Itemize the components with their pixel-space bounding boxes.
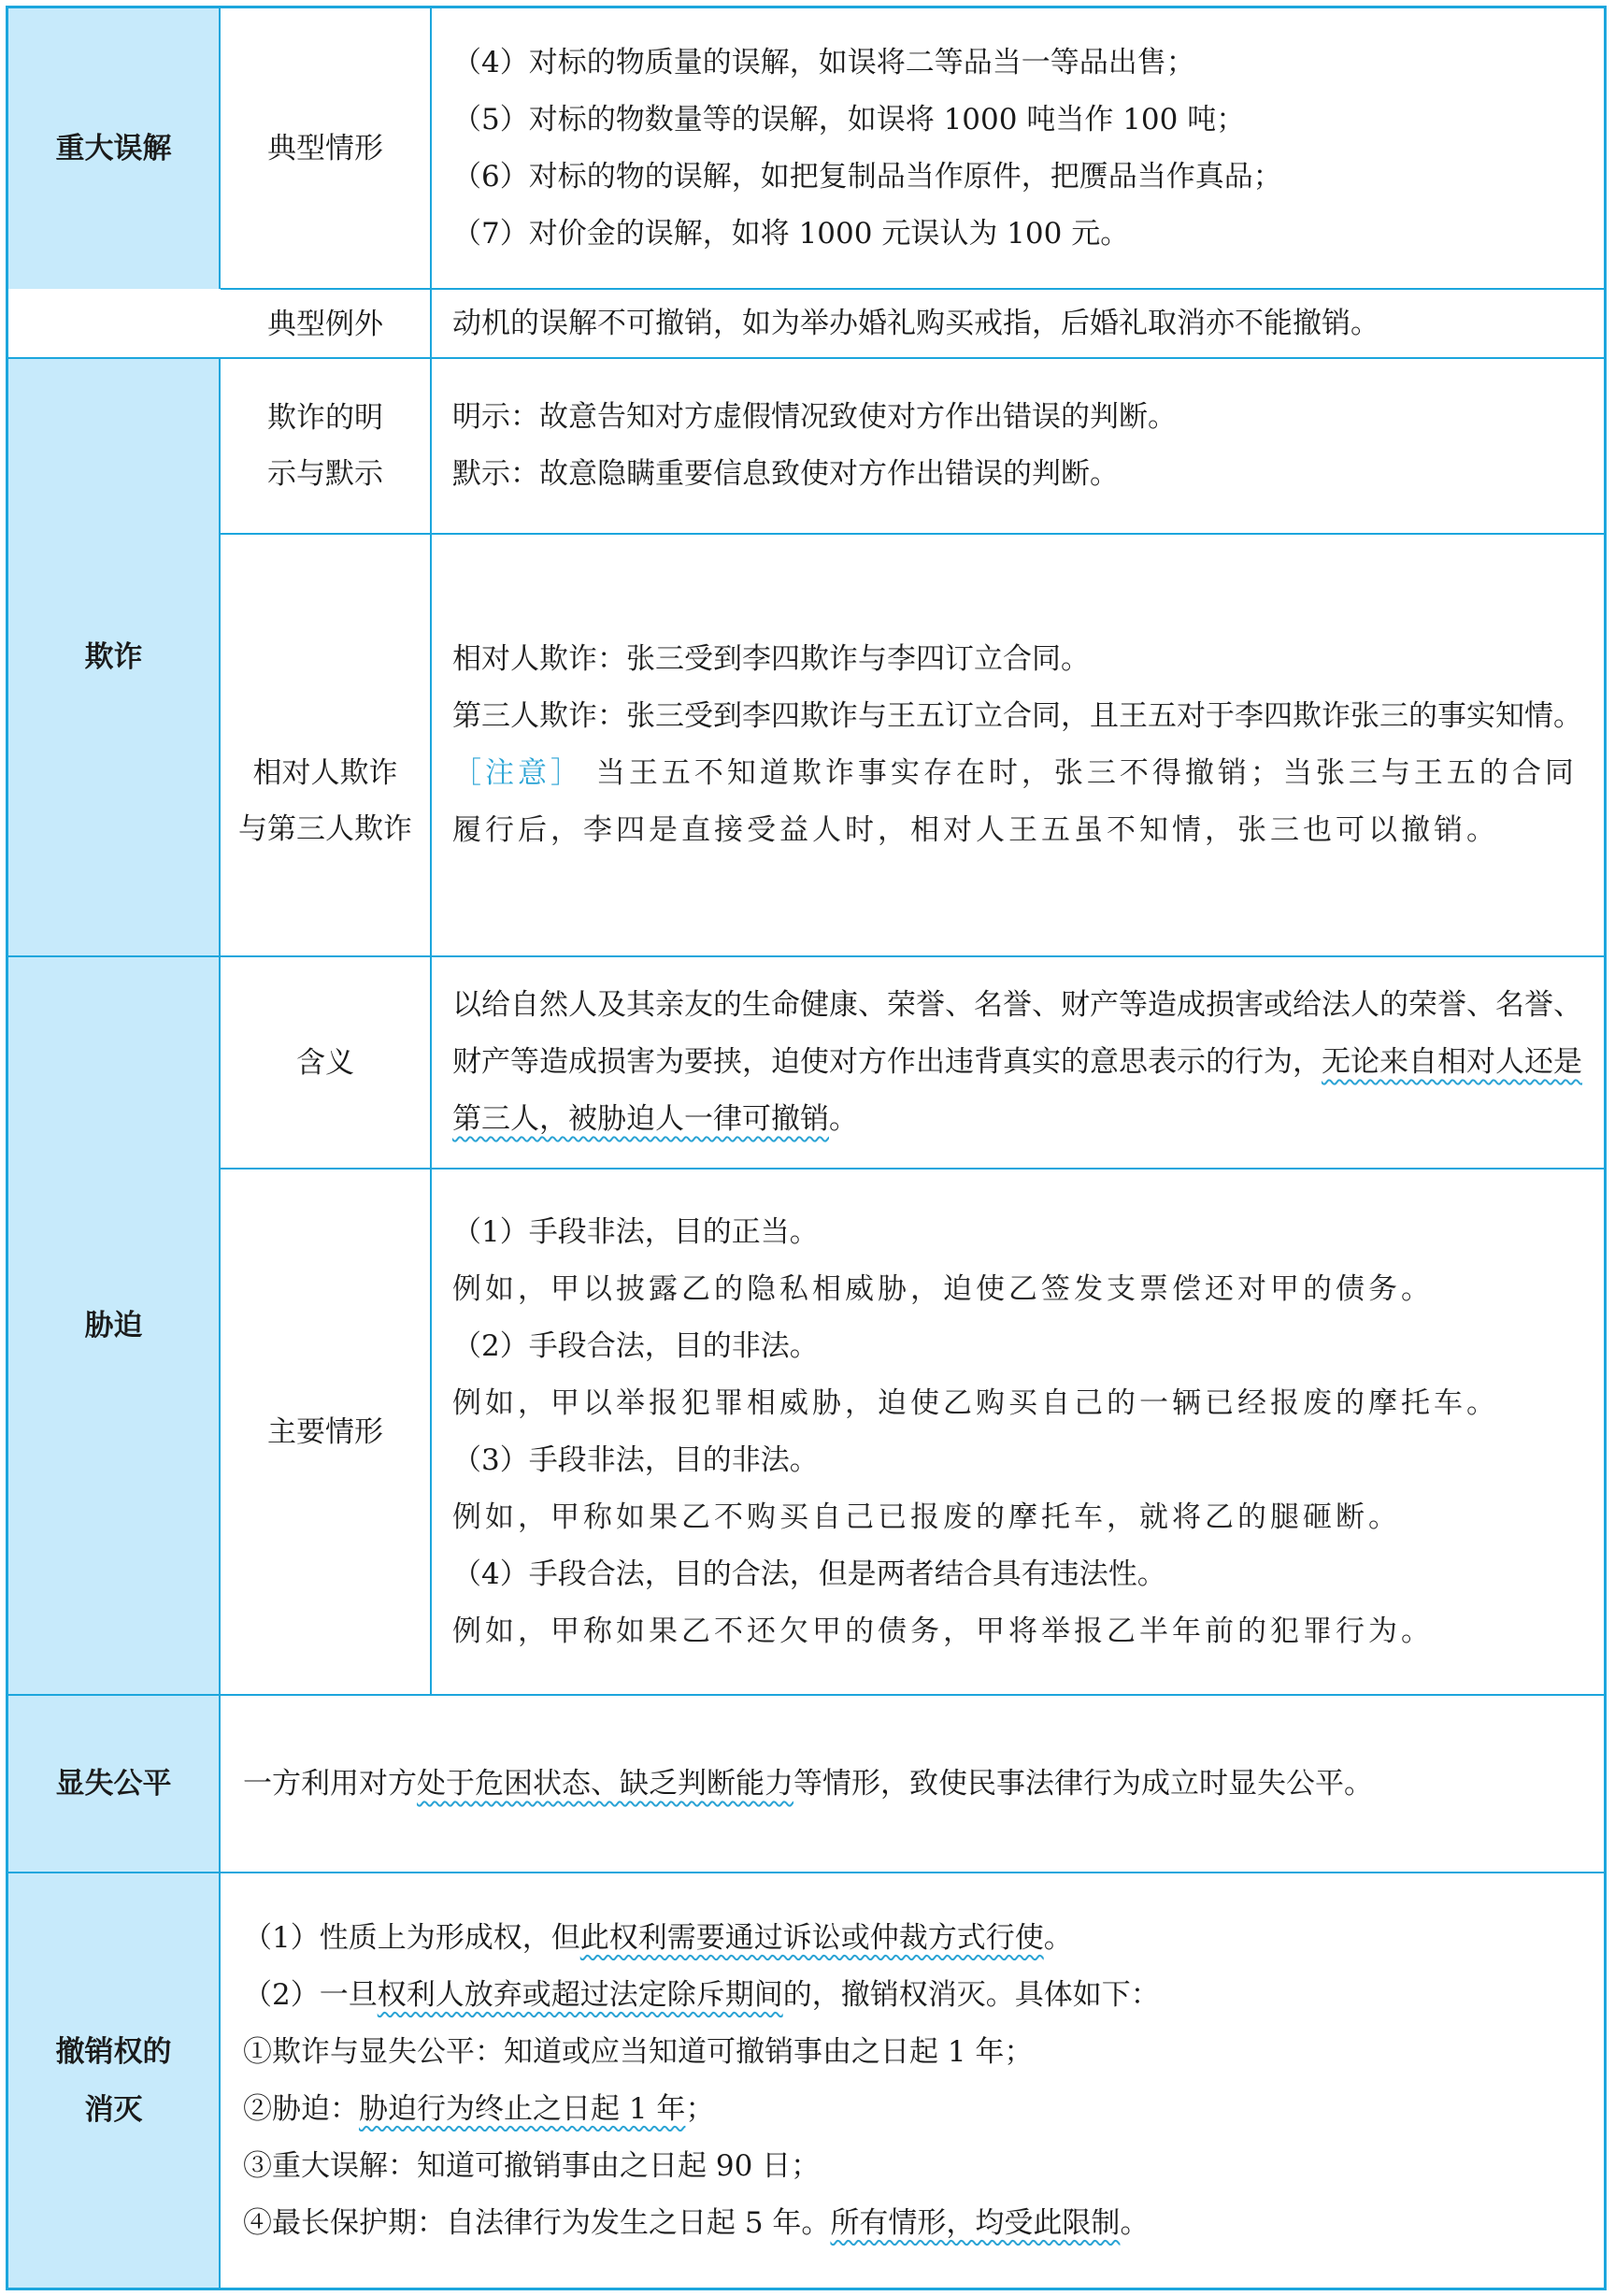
text-part: （2）一旦 — [243, 1978, 378, 2012]
list-item: 相对人欺诈：张三受到李四欺诈与李四订立合同。 — [452, 631, 1585, 688]
meaning-text-part: 。 — [829, 1102, 858, 1136]
category-label: 胁迫 — [85, 1297, 143, 1355]
text-part: 等情形，致使民事法律行为成立时显失公平。 — [793, 1767, 1373, 1801]
list-item: ③重大误解：知道可撤销事由之日起 90 日； — [243, 2138, 1585, 2195]
emphasis-text: 处于危困状态、缺乏判断能力 — [417, 1767, 793, 1801]
text-part: （1）性质上为形成权，但 — [243, 1921, 580, 1955]
category-label: 消灭 — [85, 2081, 143, 2139]
list-item: （5）对标的物数量等的误解，如误将 1000 吨当作 100 吨； — [452, 92, 1585, 149]
case-title: （3）手段非法，目的非法。 — [452, 1432, 1585, 1489]
exception-text: 动机的误解不可撤销，如为举办婚礼购买戒指，后婚礼取消亦不能撤销。 — [452, 295, 1585, 352]
text-part: 。 — [1044, 1921, 1073, 1955]
list-item: 第三人欺诈：张三受到李四欺诈与王五订立合同，且王五对于李四欺诈张三的事实知情。 — [452, 688, 1585, 745]
category-label: 显失公平 — [56, 1755, 172, 1813]
category-unfairness: 显失公平 — [8, 1696, 221, 1872]
text-part: ④最长保护期：自法律行为发生之日起 5 年。 — [243, 2206, 830, 2240]
case-title: （4）手段合法，目的合法，但是两者结合具有违法性。 — [452, 1546, 1585, 1603]
list-item: 明示：故意告知对方虚假情况致使对方作出错误的判断。 — [452, 389, 1585, 446]
subcategory-label: 相对人欺诈 — [253, 745, 398, 801]
meaning-text: 以给自然人及其亲友的生命健康、荣誉、名誉、财产等造成损害或给法人的荣誉、名誉、财… — [452, 977, 1585, 1148]
list-item: （1）性质上为形成权，但此权利需要通过诉讼或仲裁方式行使。 — [243, 1910, 1585, 1967]
category-label: 重大误解 — [56, 120, 172, 178]
typical-cases-content: （4）对标的物质量的误解，如误将二等品当一等品出售； （5）对标的物数量等的误解… — [432, 8, 1604, 289]
subcategory-label: 含义 — [296, 1035, 354, 1091]
counterparty-third-party-content: 相对人欺诈：张三受到李四欺诈与李四订立合同。 第三人欺诈：张三受到李四欺诈与王五… — [432, 535, 1604, 955]
rescission-extinction-content: （1）性质上为形成权，但此权利需要通过诉讼或仲裁方式行使。 （2）一旦权利人放弃… — [221, 1873, 1604, 2288]
subcategory-typical-exception: 典型例外 — [221, 290, 432, 358]
meaning-content: 以给自然人及其亲友的生命健康、荣誉、名誉、财产等造成损害或给法人的荣誉、名誉、财… — [432, 957, 1604, 1168]
case-title: （1）手段非法，目的正当。 — [452, 1204, 1585, 1261]
subcategory-typical-cases: 典型情形 — [221, 8, 432, 289]
typical-exception-content: 动机的误解不可撤销，如为举办婚礼购买戒指，后婚礼取消亦不能撤销。 — [432, 290, 1604, 358]
text-part: ②胁迫： — [243, 2092, 359, 2126]
case-example: 例如，甲以披露乙的隐私相威胁，迫使乙签发支票偿还对甲的债务。 — [452, 1261, 1585, 1318]
text-part: 。 — [1120, 2206, 1149, 2240]
case-example: 例如，甲称如果乙不还欠甲的债务，甲将举报乙半年前的犯罪行为。 — [452, 1603, 1585, 1660]
subcategory-label: 与第三人欺诈 — [238, 801, 412, 857]
text-part: 一方利用对方 — [243, 1767, 417, 1801]
unfairness-text: 一方利用对方处于危困状态、缺乏判断能力等情形，致使民事法律行为成立时显失公平。 — [243, 1755, 1585, 1813]
subcategory-label: 主要情形 — [267, 1404, 383, 1460]
category-mistake: 重大误解 — [8, 8, 221, 289]
emphasis-text: 权利人放弃或超过法定除斥期间 — [378, 1978, 783, 2012]
case-example: 例如，甲以举报犯罪相威胁，迫使乙购买自己的一辆已经报废的摩托车。 — [452, 1375, 1585, 1432]
list-item: （6）对标的物的误解，如把复制品当作原件，把赝品当作真品； — [452, 149, 1585, 206]
note-paragraph: ［注意］ 当王五不知道欺诈事实存在时，张三不得撤销；当张三与王五的合同履行后，李… — [452, 745, 1585, 859]
emphasis-text: 胁迫行为终止之日起 1 年 — [359, 2092, 685, 2126]
main-cases-content: （1）手段非法，目的正当。 例如，甲以披露乙的隐私相威胁，迫使乙签发支票偿还对甲… — [432, 1170, 1604, 1694]
emphasis-text: 此权利需要通过诉讼或仲裁方式行使 — [580, 1921, 1044, 1955]
list-item: （7）对价金的误解，如将 1000 元误认为 100 元。 — [452, 206, 1585, 263]
subcategory-counterparty-third-party: 相对人欺诈 与第三人欺诈 — [221, 535, 432, 955]
category-fraud: 欺诈 — [8, 359, 221, 955]
subcategory-label: 示与默示 — [267, 446, 383, 502]
subcategory-label: 典型情形 — [267, 121, 383, 177]
category-label: 撤销权的 — [56, 2023, 172, 2081]
text-part: 的，撤销权消灭。具体如下： — [783, 1978, 1160, 2012]
category-duress: 胁迫 — [8, 957, 221, 1694]
explicit-implicit-content: 明示：故意告知对方虚假情况致使对方作出错误的判断。 默示：故意隐瞒重要信息致使对… — [432, 359, 1604, 533]
subcategory-main-cases: 主要情形 — [221, 1170, 432, 1694]
list-item: ②胁迫：胁迫行为终止之日起 1 年； — [243, 2081, 1585, 2138]
case-example: 例如，甲称如果乙不购买自己已报废的摩托车，就将乙的腿砸断。 — [452, 1489, 1585, 1546]
subcategory-label: 欺诈的明 — [267, 390, 383, 446]
category-rescission-extinction: 撤销权的 消灭 — [8, 1873, 221, 2288]
note-text: 当王五不知道欺诈事实存在时，张三不得撤销；当张三与王五的合同履行后，李四是直接受… — [452, 756, 1578, 847]
unfairness-content: 一方利用对方处于危困状态、缺乏判断能力等情形，致使民事法律行为成立时显失公平。 — [221, 1696, 1604, 1872]
text-part: ； — [685, 2092, 714, 2126]
category-label: 欺诈 — [85, 628, 143, 686]
subcategory-meaning: 含义 — [221, 957, 432, 1168]
list-item: 默示：故意隐瞒重要信息致使对方作出错误的判断。 — [452, 446, 1585, 503]
list-item: （2）一旦权利人放弃或超过法定除斥期间的，撤销权消灭。具体如下： — [243, 1967, 1585, 2024]
case-title: （2）手段合法，目的非法。 — [452, 1318, 1585, 1375]
legal-summary-table: 重大误解 典型情形 （4）对标的物质量的误解，如误将二等品当一等品出售； （5）… — [6, 6, 1607, 2290]
list-item: （4）对标的物质量的误解，如误将二等品当一等品出售； — [452, 35, 1585, 92]
list-item: ①欺诈与显失公平：知道或应当知道可撤销事由之日起 1 年； — [243, 2024, 1585, 2081]
subcategory-explicit-implicit: 欺诈的明 示与默示 — [221, 359, 432, 533]
note-tag: ［注意］ — [452, 756, 583, 790]
emphasis-text: 所有情形，均受此限制 — [830, 2206, 1120, 2240]
list-item: ④最长保护期：自法律行为发生之日起 5 年。所有情形，均受此限制。 — [243, 2195, 1585, 2252]
subcategory-label: 典型例外 — [267, 296, 383, 352]
